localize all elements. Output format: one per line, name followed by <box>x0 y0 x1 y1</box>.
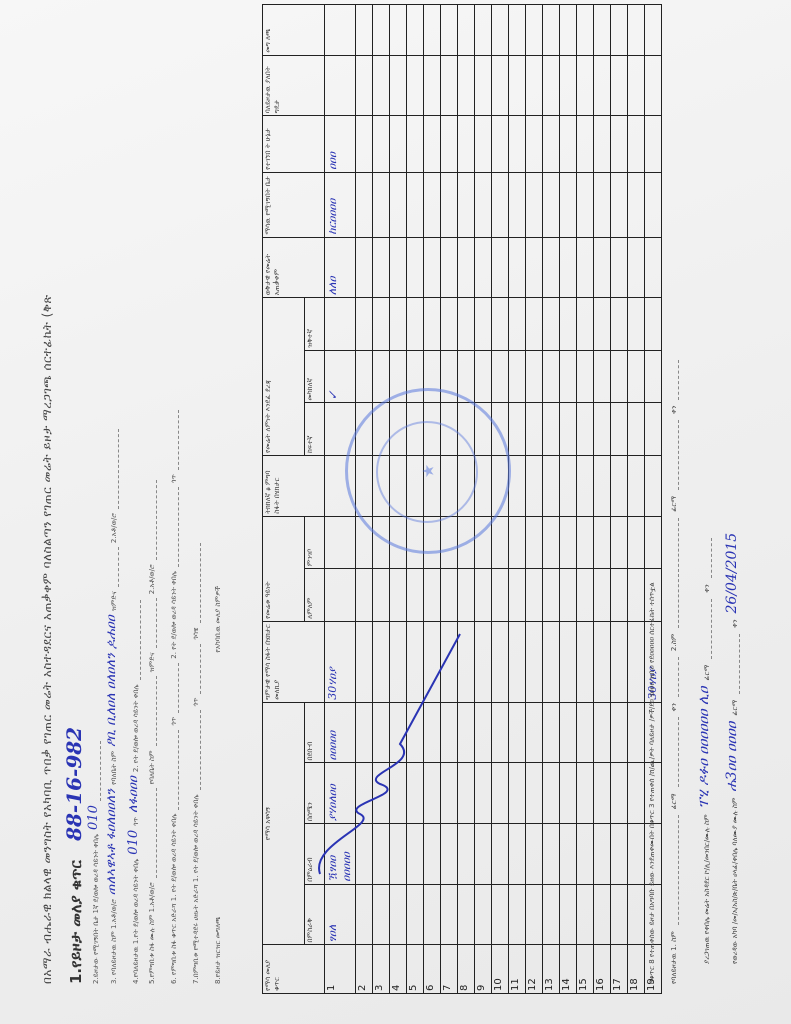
col-high: ከፍተኛ <box>305 403 325 456</box>
col-parcel-id: የማሳ መለያ ቁጥር <box>263 945 325 994</box>
table-row: 11 <box>509 5 526 994</box>
registrar-name: ፐሂ ዶፉዐ ዐዐዐዐዐዐ ሊዐ <box>696 687 712 809</box>
table-row: 17 <box>611 5 628 994</box>
col-fertility: የመሬት ለምነት እንደፈ ደረጃ <box>263 298 305 456</box>
field-dependents: 7.በምግቢቱ የሚተዳደሩ ሀዘኑት አድራሻ 1. የት ደ/ወሎ ወረዳ … <box>192 543 201 984</box>
col-acquired-how: የተገኘበ ት ሁኔታ <box>263 116 325 173</box>
field-spouse-address: 6. የምግቢቱ ስፋ ቁጥር አድራሻ 1. የት ደ/ወሎ ወረዳ ሳይንት… <box>170 410 179 984</box>
table-row: 12 <box>526 5 543 994</box>
col-obligation: ባለይዞታዉ ያለበት ግዴታ <box>263 55 325 116</box>
col-boundaries: የማሳ አዋሳኝ <box>263 702 305 945</box>
table-row: 13 <box>543 5 560 994</box>
col-location: ማሳዉ የሚገኝበት ቤታ <box>263 172 325 237</box>
table-row: 14 <box>560 5 577 994</box>
field-holder-name: 3. የባለይዞታዉ ስም 1.አቶ/ወ/ሮ ጠለኣዌኣቶ ፋዐለዐዐለን የባ… <box>104 429 119 984</box>
holder-signature-line: የባለይዞታዉ 1. ስም ፊርማ ቀን 2.ስም ፊርማ ቀን <box>670 360 679 984</box>
approval-date: 26/04/2015 <box>724 533 740 614</box>
col-medium: መካከለኛ <box>305 350 325 403</box>
certification-note: በቁጥር 8 የተጠቀሰው ይዞታ በአግባቡ ይዘው እንደጠቀሙበት በቁጥ… <box>648 582 657 984</box>
holder-name-value: ጠለኣዌኣቶ ፋዐለዐዐለን <box>104 789 119 895</box>
col-type-b: ምንገቦ <box>305 516 325 569</box>
approver-line: የወረዳው አካባ /መ/አ/አስ/ጽ/ቤት ሀላፊ/ቀበሌ ባለሙያ ሙሉ ስ… <box>724 533 740 964</box>
col-east: በምስራቅ <box>305 884 325 945</box>
col-current-use: ወቅታዊ የመሬት አጠቃቀም <box>263 237 325 298</box>
field-spouse: 5.የምግቢቱ ስፋ ሙሉ ስም 1.አቶ/ወ/ሮ የባለቤት ስም ዝምድና … <box>148 480 157 984</box>
scanned-form-background: በአማራ ብሔራዊ ክልላዊ መንግስት የአካባቢ ጥበቃ የገጠር መሬት … <box>0 0 791 1024</box>
official-stamp: ★ <box>345 388 511 554</box>
col-low: ዝቅተኛ <box>305 298 325 351</box>
form-header: በአማራ ብሔራዊ ክልላዊ መንግስት የአካባቢ ጥበቃ የገጠር መሬት … <box>40 294 55 984</box>
table-row: 18 <box>628 5 645 994</box>
col-type-a: ለምለም <box>305 569 325 622</box>
field-location: 2.ይዞታው የሚገኝበት ቤታ 1ኛ ደ/ወሎ ወረዳ ሳይንት ቀበሌ 01… <box>86 741 101 984</box>
col-land-type: የመሬቱ ዓይነት <box>263 516 305 621</box>
col-remark: መግ ለጫ <box>263 5 325 56</box>
registrar-line: ያረጋገጠዉ የቀበሌ መሬት አስዳደር ኮ/ሊ/መንበር/ሙሉ ስም ፐሂ … <box>696 538 712 964</box>
land-certificate-page: በአማራ ብሔራዊ ክልላዊ መንግስት የአካባቢ ጥበቃ የገጠር መሬት … <box>0 0 791 1024</box>
strikethrough-scribble <box>300 624 470 884</box>
field-holder-address: 4.የባለይዞታዉ 1.የት ደ/ወሎ ወረዳ ሳይንት ቀበሌ 010 ጎጥ … <box>126 600 141 984</box>
table-row: 16 <box>594 5 611 994</box>
parcel-id-label: 1.የይዞታ መለያ ቁጥር <box>67 860 85 984</box>
field-parcel-details: 8.የይዞታ ዝርዝር መግለጫ የአካባቢዉ መለያ ስምዎች <box>214 586 223 984</box>
form-title: 1.የይዞታ መለያ ቁጥር 88-16-982 <box>62 727 86 984</box>
col-survey: ትክክለኛ ፅ ምግባ ስፋት በሄክታር <box>263 456 325 517</box>
holder-father-value: ፆቢ ቢለዐለ ዐለዐለን ዾሐዐዐ <box>104 615 119 747</box>
approver-name: ሐ3ዐዐ ዐዐዐዐ <box>724 722 740 792</box>
kebele-value: 010 <box>86 805 101 830</box>
table-row: 15 <box>577 5 594 994</box>
parcel-id-value: 88-16-982 <box>62 727 86 841</box>
